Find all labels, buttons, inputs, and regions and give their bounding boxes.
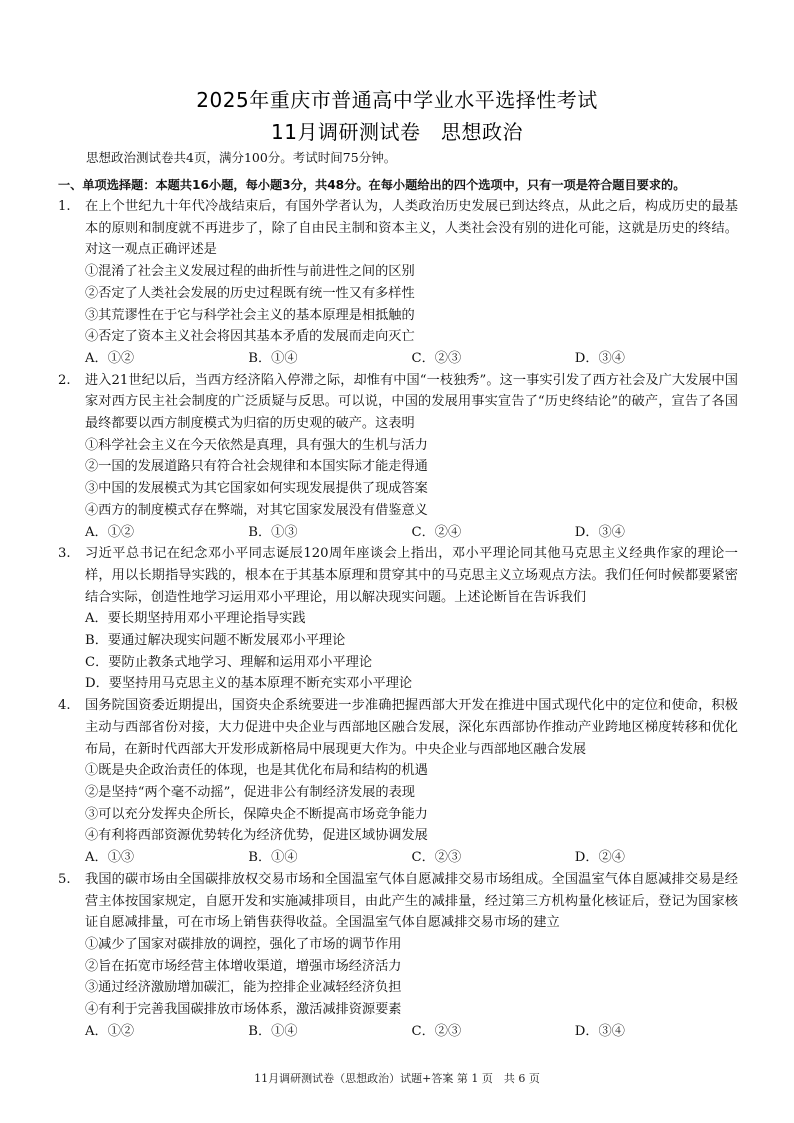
options-row: A．①② B．①④ C．②③ D．③④ <box>85 1021 738 1043</box>
option-d: D．③④ <box>575 1021 738 1043</box>
option-b: B．①④ <box>248 847 411 869</box>
question-4: 4. 国务院国资委近期提出，国资央企系统要进一步准确把握西部大开发在推进中国式现… <box>58 695 738 869</box>
options-row: A．①③ B．①④ C．②③ D．②④ <box>85 847 738 869</box>
statement: ②否定了人类社会发展的历史过程既有统一性又有多样性 <box>85 283 738 305</box>
statement: ③通过经济激励增加碳汇，能为控排企业减轻经济负担 <box>85 977 738 999</box>
statement: ③中国的发展模式为其它国家如何实现发展提供了现成答案 <box>85 478 738 500</box>
question-stem: 在上个世纪九十年代冷战结束后，有国外学者认为，人类政治历史发展已到达终点，从此之… <box>85 196 738 261</box>
question-number: 5. <box>58 869 84 891</box>
option-b: B．①④ <box>248 348 411 370</box>
question-stem: 进入21世纪以后，当西方经济陷入停滞之际，却惟有中国“一枝独秀”。这一事实引发了… <box>85 370 738 435</box>
statement: ②旨在拓宽市场经营主体增收渠道，增强市场经济活力 <box>85 956 738 978</box>
statement: ①科学社会主义在今天依然是真理，具有强大的生机与活力 <box>85 435 738 457</box>
question-stem: 国务院国资委近期提出，国资央企系统要进一步准确把握西部大开发在推进中国式现代化中… <box>85 695 738 760</box>
question-2: 2. 进入21世纪以后，当西方经济陷入停滞之际，却惟有中国“一枝独秀”。这一事实… <box>58 370 738 544</box>
option-d: D．要坚持用马克思主义的基本原理不断充实邓小平理论 <box>85 673 738 695</box>
option-a: A．①③ <box>85 847 248 869</box>
option-d: D．②④ <box>575 847 738 869</box>
option-c: C．要防止教条式地学习、理解和运用邓小平理论 <box>85 652 738 674</box>
statement: ④西方的制度模式存在弊端，对其它国家发展没有借鉴意义 <box>85 500 738 522</box>
option-c: C．②④ <box>412 522 575 544</box>
option-d: D．③④ <box>575 348 738 370</box>
option-d: D．③④ <box>575 522 738 544</box>
options-row: A．①② B．①④ C．②③ D．③④ <box>85 348 738 370</box>
question-stem: 我国的碳市场由全国碳排放权交易市场和全国温室气体自愿减排交易市场组成。全国温室气… <box>85 869 738 934</box>
page-footer: 11月调研测试卷（思想政治）试题+答案 第 1 页 共 6 页 <box>0 1070 794 1086</box>
statement: ①减少了国家对碳排放的调控，强化了市场的调节作用 <box>85 934 738 956</box>
option-b: B．①③ <box>248 522 411 544</box>
question-number: 3. <box>58 543 84 565</box>
statement: ④否定了资本主义社会将因其基本矛盾的发展而走向灭亡 <box>85 326 738 348</box>
statement: ③可以充分发挥央企所长，保障央企不断提高市场竞争能力 <box>85 804 738 826</box>
statement: ③其荒谬性在于它与科学社会主义的基本原理是相抵触的 <box>85 305 738 327</box>
exam-title: 2025年重庆市普通高中学业水平选择性考试 <box>0 84 794 113</box>
option-a: A．①② <box>85 348 248 370</box>
option-a: A．①② <box>85 1021 248 1043</box>
question-3: 3. 习近平总书记在纪念邓小平同志诞辰120周年座谈会上指出，邓小平理论同其他马… <box>58 543 738 695</box>
options-row: A．①② B．①③ C．②④ D．③④ <box>85 522 738 544</box>
option-c: C．②③ <box>412 1021 575 1043</box>
question-list: 1. 在上个世纪九十年代冷战结束后，有国外学者认为，人类政治历史发展已到达终点，… <box>58 196 738 1042</box>
statement: ④有利将西部资源优势转化为经济优势，促进区域协调发展 <box>85 825 738 847</box>
statement: ④有利于完善我国碳排放市场体系，激活减排资源要素 <box>85 999 738 1021</box>
option-c: C．②③ <box>412 847 575 869</box>
exam-note: 思想政治测试卷共4页，满分100分。考试时间75分钟。 <box>86 150 396 166</box>
statement: ①混淆了社会主义发展过程的曲折性与前进性之间的区别 <box>85 261 738 283</box>
statement: ①既是央企政治责任的体现，也是其优化布局和结构的机遇 <box>85 760 738 782</box>
exam-subtitle: 11月调研测试卷 思想政治 <box>0 116 794 145</box>
statement: ②一国的发展道路只有符合社会规律和本国实际才能走得通 <box>85 456 738 478</box>
question-stem: 习近平总书记在纪念邓小平同志诞辰120周年座谈会上指出，邓小平理论同其他马克思主… <box>85 543 738 608</box>
question-5: 5. 我国的碳市场由全国碳排放权交易市场和全国温室气体自愿减排交易市场组成。全国… <box>58 869 738 1043</box>
question-number: 2. <box>58 370 84 392</box>
question-number: 1. <box>58 196 84 218</box>
statement: ②是坚持“两个毫不动摇”，促进非公有制经济发展的表现 <box>85 782 738 804</box>
option-a: A．①② <box>85 522 248 544</box>
option-b: B．①④ <box>248 1021 411 1043</box>
question-number: 4. <box>58 695 84 717</box>
section-heading: 一、单项选择题：本题共16小题，每小题3分，共48分。在每小题给出的四个选项中，… <box>58 176 758 194</box>
question-1: 1. 在上个世纪九十年代冷战结束后，有国外学者认为，人类政治历史发展已到达终点，… <box>58 196 738 370</box>
option-c: C．②③ <box>412 348 575 370</box>
option-b: B．要通过解决现实问题不断发展邓小平理论 <box>85 630 738 652</box>
option-a: A．要长期坚持用邓小平理论指导实践 <box>85 608 738 630</box>
